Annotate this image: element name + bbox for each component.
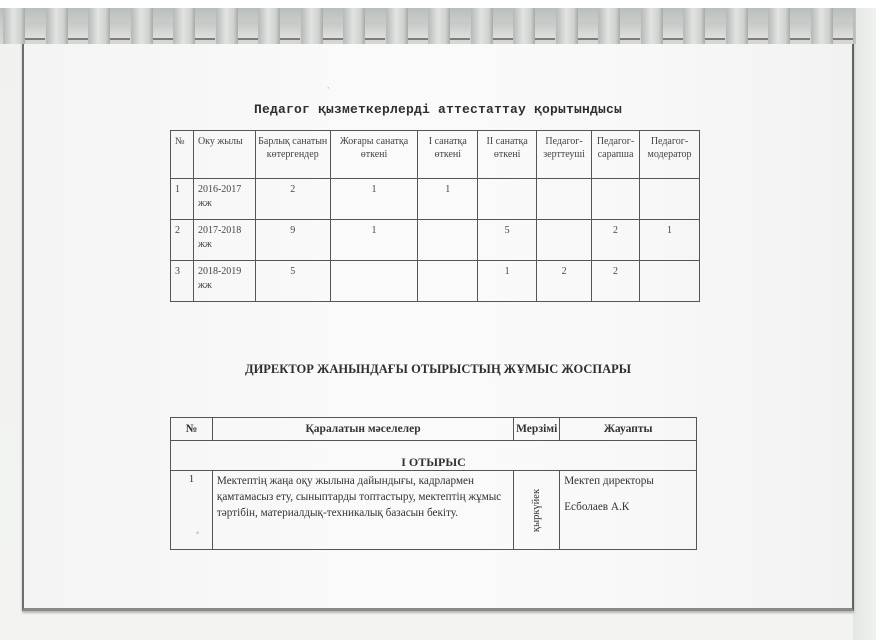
binding-gap — [110, 22, 130, 40]
header-expert: Педагог-сарапша — [592, 131, 640, 179]
binding-ring — [386, 8, 408, 44]
attestation-cell — [330, 261, 418, 302]
attestation-cell — [639, 179, 699, 220]
attestation-cell: 1 — [330, 220, 418, 261]
attestation-cell: 2 — [537, 261, 592, 302]
plan-row-term-text: қыркүйек — [531, 489, 542, 532]
plan-table: № Қаралатын мәселелер Мерзімі Жауапты I … — [170, 417, 697, 550]
attestation-cell: 9 — [255, 220, 330, 261]
attestation-cell: 1 — [418, 179, 478, 220]
binding-gap — [493, 22, 513, 40]
plan-row-topic: Мектептің жаңа оқу жылына дайындығы, кад… — [212, 471, 513, 550]
attestation-cell: 2016-2017 жж — [193, 179, 255, 220]
responsible-role: Мектеп директоры — [564, 473, 692, 489]
binding-gap — [535, 22, 555, 40]
binding-gap — [408, 22, 428, 40]
attestation-cell: 2017-2018 жж — [193, 220, 255, 261]
binding-ring — [598, 8, 620, 44]
binding-gap — [833, 22, 853, 40]
binding-gap — [25, 22, 45, 40]
attestation-cell: 2 — [171, 220, 194, 261]
header-year: Оку жылы — [193, 131, 255, 179]
attestation-title: Педагог қызметкерлерді аттестаттау қорыт… — [0, 102, 876, 117]
attestation-cell: 3 — [171, 261, 194, 302]
attestation-cell: 2 — [592, 220, 640, 261]
binding-ring — [88, 8, 110, 44]
binding-ring — [768, 8, 790, 44]
header-researcher: Педагог-зерттеуші — [537, 131, 592, 179]
binding-gap — [790, 22, 810, 40]
plan-header-term: Мерзімі — [514, 418, 560, 441]
binding-ring — [641, 8, 663, 44]
binding-ring — [726, 8, 748, 44]
plan-header-topic: Қаралатын мәселелер — [212, 418, 513, 441]
plan-header-responsible: Жауапты — [560, 418, 697, 441]
scan-speck: ` — [327, 86, 330, 95]
scan-speck: ° — [196, 530, 199, 539]
binding-ring — [173, 8, 195, 44]
binding-ring — [131, 8, 153, 44]
plan-row: 1 Мектептің жаңа оқу жылына дайындығы, к… — [171, 471, 697, 550]
binding-ring — [428, 8, 450, 44]
attestation-cell — [418, 261, 478, 302]
plan-header-row: № Қаралатын мәселелер Мерзімі Жауапты — [171, 418, 697, 441]
binding-ring — [258, 8, 280, 44]
spiral-binding — [0, 8, 856, 44]
header-num: № — [171, 131, 194, 179]
header-total: Барлық санатын көтергендер — [255, 131, 330, 179]
plan-section-row: I ОТЫРЫС — [171, 441, 697, 471]
attestation-table: № Оку жылы Барлық санатын көтергендер Жо… — [170, 130, 700, 302]
header-moderator: Педагог-модератор — [639, 131, 699, 179]
binding-gap — [578, 22, 598, 40]
attestation-cell: 1 — [171, 179, 194, 220]
plan-row-num: 1 — [171, 471, 213, 550]
binding-ring — [471, 8, 493, 44]
binding-ring — [46, 8, 68, 44]
attestation-cell: 1 — [639, 220, 699, 261]
binding-gap — [238, 22, 258, 40]
plan-row-responsible: Мектеп директоры Есболаев А.К — [560, 471, 697, 550]
binding-ring — [811, 8, 833, 44]
binding-gap — [365, 22, 385, 40]
plan-row-term: қыркүйек — [514, 471, 560, 550]
responsible-name: Есболаев А.К — [564, 499, 692, 515]
attestation-cell: 5 — [255, 261, 330, 302]
attestation-cell: 2018-2019 жж — [193, 261, 255, 302]
attestation-cell — [592, 179, 640, 220]
attestation-cell: 2 — [255, 179, 330, 220]
binding-gap — [153, 22, 173, 40]
binding-ring — [853, 8, 856, 44]
attestation-cell: 5 — [478, 220, 537, 261]
binding-ring — [556, 8, 578, 44]
plan-title: ДИРЕКТОР ЖАНЫНДАҒЫ ОТЫРЫСТЫҢ ЖҰМЫС ЖОСПА… — [0, 362, 876, 377]
binding-gap — [280, 22, 300, 40]
binding-gap — [705, 22, 725, 40]
attestation-row: 32018-2019 жж5122 — [171, 261, 700, 302]
attestation-row: 12016-2017 жж211 — [171, 179, 700, 220]
attestation-cell — [537, 220, 592, 261]
binding-gap — [68, 22, 88, 40]
attestation-cell — [478, 179, 537, 220]
section-title: I ОТЫРЫС — [171, 441, 697, 471]
attestation-header-row: № Оку жылы Барлық санатын көтергендер Жо… — [171, 131, 700, 179]
binding-gap — [663, 22, 683, 40]
attestation-cell: 2 — [592, 261, 640, 302]
attestation-cell — [418, 220, 478, 261]
header-second: II санатқа өткені — [478, 131, 537, 179]
binding-ring — [513, 8, 535, 44]
binding-ring — [301, 8, 323, 44]
attestation-cell: 1 — [330, 179, 418, 220]
attestation-row: 22017-2018 жж91521 — [171, 220, 700, 261]
binding-gap — [450, 22, 470, 40]
binding-ring — [683, 8, 705, 44]
attestation-cell — [639, 261, 699, 302]
binding-ring — [216, 8, 238, 44]
plan-header-num: № — [171, 418, 213, 441]
binding-ring — [3, 8, 25, 44]
binding-gap — [620, 22, 640, 40]
header-highest: Жоғары санатқа өткені — [330, 131, 418, 179]
binding-gap — [748, 22, 768, 40]
attestation-cell — [537, 179, 592, 220]
binding-gap — [323, 22, 343, 40]
header-first: I санатқа өткені — [418, 131, 478, 179]
binding-gap — [195, 22, 215, 40]
attestation-cell: 1 — [478, 261, 537, 302]
binding-ring — [343, 8, 365, 44]
